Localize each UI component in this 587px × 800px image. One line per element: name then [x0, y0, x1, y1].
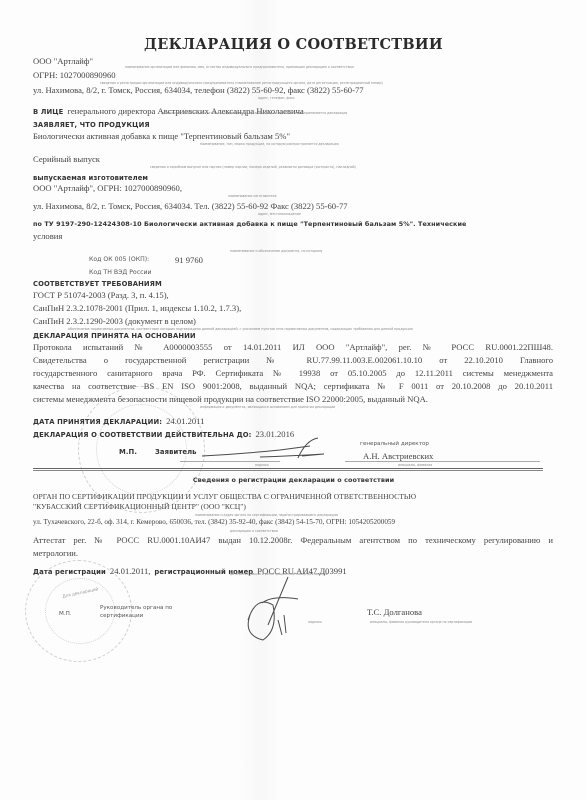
- head-signature: [238, 575, 308, 645]
- head-name-caption: инициалы, фамилия руководителя органа по…: [370, 620, 472, 624]
- tnved-label: Код ТН ВЭД России: [89, 269, 152, 276]
- registration-address: ул. Тухачевского, 22-б, оф. 314, г. Кеме…: [33, 518, 395, 526]
- head-sign-caption: подпись: [308, 620, 322, 624]
- basis-line: Свидетельства о государственной регистра…: [33, 355, 553, 365]
- tu-caption: наименование и обозначение документа, по…: [230, 249, 322, 253]
- applicant-ogrn: ОГРН: 1027000890960: [33, 70, 116, 80]
- head-label-2: сертификации: [100, 613, 143, 619]
- requirements-label: СООТВЕТСТВУЕТ ТРЕБОВАНИЯМ: [33, 280, 162, 288]
- head-label-1: Руководитель органа по: [100, 605, 172, 611]
- applicant-signature: [200, 436, 330, 462]
- basis-line: качества на соответствие BS EN ISO 9001:…: [33, 381, 553, 391]
- registration-body-caption: наименование и адрес органа по сертифика…: [195, 513, 338, 517]
- attestat-line-2: метрологии.: [33, 548, 78, 558]
- registration-heading: Сведения о регистрации декларации о соот…: [0, 476, 587, 484]
- registration-address-caption: декларацию о соответствии: [230, 529, 278, 533]
- basis-line: государственного санитарного врача РФ. С…: [33, 368, 553, 378]
- applicant-address-caption: адрес, телефон, факс: [258, 96, 295, 100]
- name-underline: [345, 461, 540, 462]
- basis-line: Протокола испытаний № А0000003555 от 14.…: [33, 342, 553, 352]
- requirements-caption: обозначение нормативных документов, соот…: [68, 327, 413, 331]
- requirement-item: СанПиН 2.3.2.1078-2001 (Прил. 1, индексы…: [33, 303, 241, 313]
- declaration-page: ДЕКЛАРАЦИЯ О СООТВЕТСТВИИ ООО "Артлайф" …: [0, 0, 587, 800]
- okp-value: 91 9760: [175, 255, 203, 265]
- represented-label: В ЛИЦЕ: [33, 108, 63, 116]
- applicant-name: ООО "Артлайф": [33, 56, 93, 66]
- tu-line-2: условия: [33, 231, 62, 241]
- signature-underline: [180, 461, 280, 462]
- basis-label: ДЕКЛАРАЦИЯ ПРИНЯТА НА ОСНОВАНИИ: [33, 332, 196, 340]
- represented-row: В ЛИЦЕ генерального директора Австриевск…: [33, 101, 304, 119]
- applicant-name-caption: наименование организации или фамилия, им…: [125, 65, 354, 69]
- registration-body-1: ОРГАН ПО СЕРТИФИКАЦИИ ПРОДУКЦИИ И УСЛУГ …: [33, 492, 416, 501]
- head-name: Т.С. Долганова: [367, 607, 422, 617]
- applicant-mp: М.П.: [119, 448, 137, 456]
- release-caption: сведения о серийном выпуске или партии (…: [150, 165, 356, 169]
- requirement-item: СанПиН 2.3.2.1290-2003 (документ в целом…: [33, 316, 196, 326]
- signature-caption: подпись: [255, 463, 269, 467]
- represented-caption: должность, фамилия, имя, отчество руково…: [162, 111, 347, 115]
- requirement-item: ГОСТ Р 51074-2003 (Разд. 3, п. 4.15),: [33, 290, 169, 300]
- separator-top: [33, 468, 543, 469]
- declares-label: ЗАЯВЛЯЕТ, ЧТО ПРОДУКЦИЯ: [33, 121, 150, 129]
- manufacturer-caption: наименование изготовителя: [228, 194, 276, 198]
- registration-body-2: "КУБАССКИЙ СЕРТИФИКАЦИОННЫЙ ЦЕНТР" (ООО …: [33, 502, 246, 511]
- okp-label: Код ОК 005 (ОКП):: [89, 256, 149, 263]
- product-name: Биологически активная добавка к пище "Те…: [33, 131, 290, 141]
- applicant-address: ул. Нахимова, 8/2, г. Томск, Россия, 634…: [33, 85, 364, 95]
- release-type: Серийный выпуск: [33, 154, 100, 164]
- manufacturer-name: ООО "Артлайф", ОГРН: 1027000890960,: [33, 183, 182, 193]
- certification-stamp-inner: [45, 578, 115, 644]
- signer-name: А.Н. Австриевских: [363, 451, 433, 461]
- signer-position: генеральный директор: [360, 441, 429, 447]
- applicant-label: Заявитель: [155, 448, 197, 456]
- manufacturer-address: ул. Нахимова, 8/2, г. Томск, Россия, 634…: [33, 201, 348, 211]
- tu-line-1: по ТУ 9197-290-12424308-10 Биологически …: [33, 218, 467, 228]
- tu-line-1-text: по ТУ 9197-290-12424308-10 Биологически …: [33, 220, 467, 228]
- document-title: ДЕКЛАРАЦИЯ О СООТВЕТСТВИИ: [0, 36, 587, 53]
- attestat-line-1: Аттестат рег. № РОСС RU.0001.10АИ47 выда…: [33, 535, 553, 545]
- manufacturer-address-caption: адрес, местонахождение: [258, 212, 301, 216]
- basis-line: системы менеджмента безопасности пищевой…: [33, 394, 428, 404]
- separator-bottom: [33, 470, 543, 471]
- manufacturer-label: выпускаемая изготовителем: [33, 174, 148, 182]
- product-name-caption: наименование, тип, марка продукции, на к…: [200, 142, 339, 146]
- basis-caption: информация о документах, являющихся осно…: [200, 405, 335, 409]
- registration-mp: М.П.: [59, 611, 72, 617]
- name-caption: инициалы, фамилия: [398, 463, 432, 467]
